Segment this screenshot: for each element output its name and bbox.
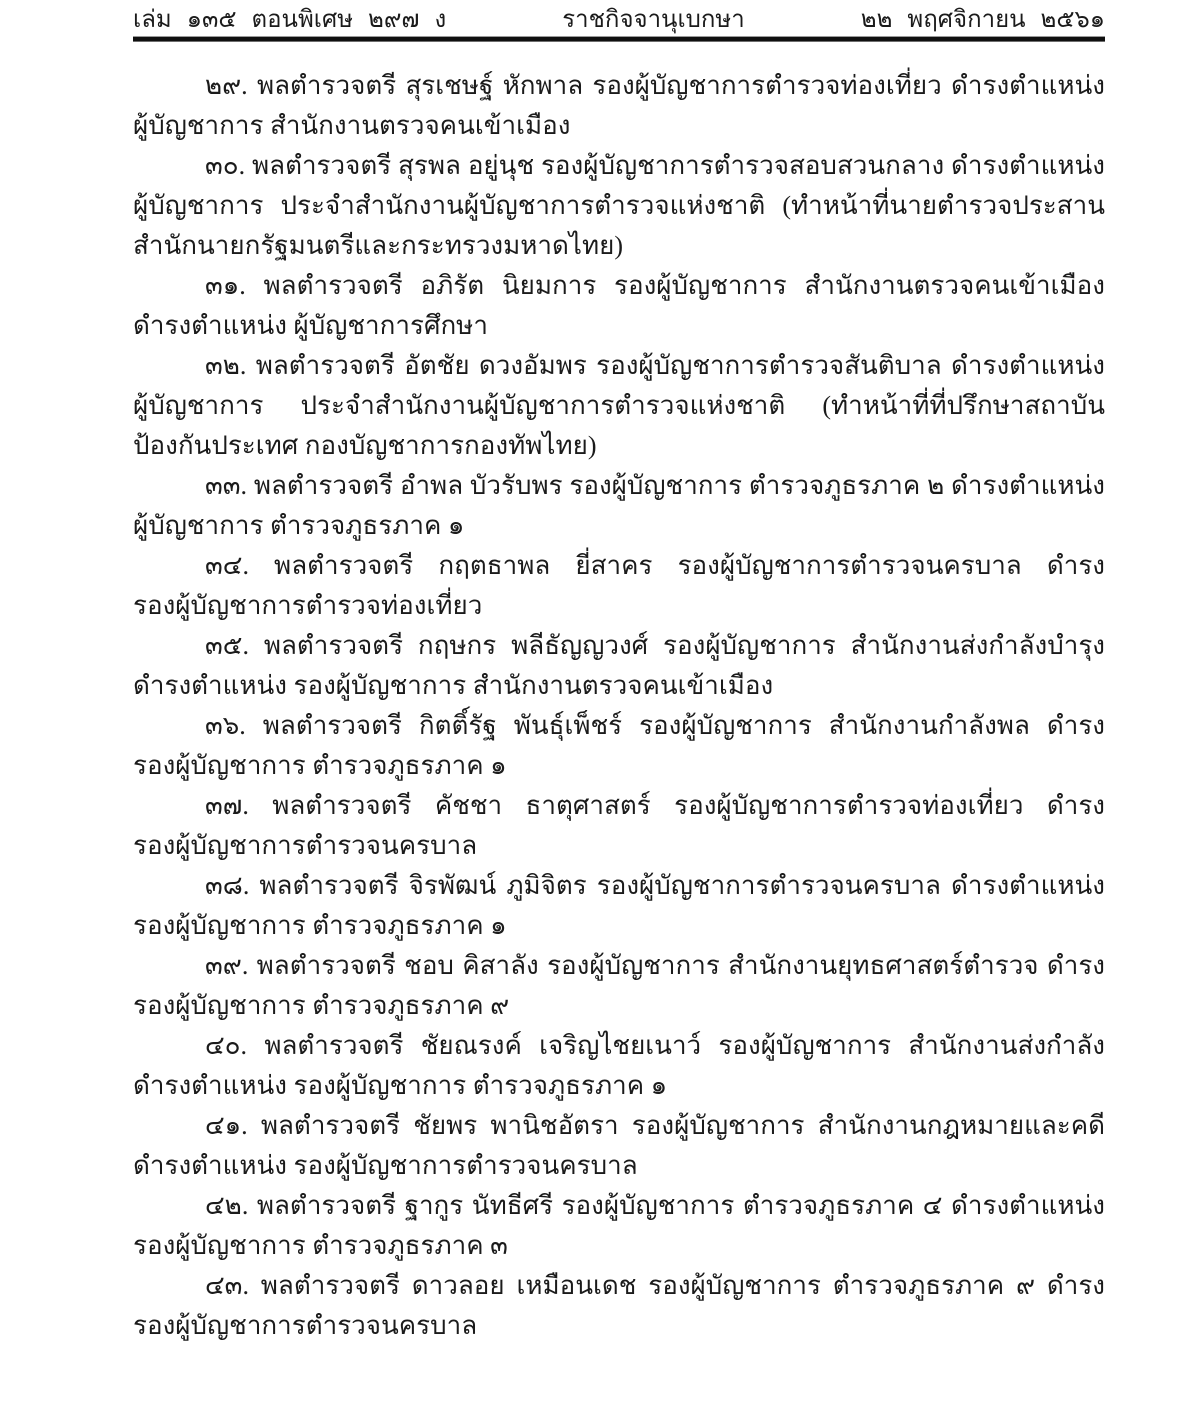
text-line: ๔๐. พลตำรวจตรี ชัยณรงค์ เจริญไชยเนาว์ รอ… bbox=[133, 1026, 1105, 1066]
text-line: ๓๔. พลตำรวจตรี กฤตธาพล ยี่สาคร รองผู้บัญ… bbox=[133, 546, 1105, 586]
masthead: เล่ม ๑๓๕ ตอนพิเศษ ๒๙๗ ง ราชกิจจานุเบกษา … bbox=[133, 6, 1105, 34]
text-line: ผู้บัญชาการ สำนักงานตรวจคนเข้าเมือง bbox=[133, 106, 1105, 146]
text-line: ดำรงตำแหน่ง ผู้บัญชาการศึกษา bbox=[133, 306, 1105, 346]
gazette-item: ๔๓. พลตำรวจตรี ดาวลอย เหมือนเดช รองผู้บั… bbox=[133, 1266, 1105, 1346]
text-line: ๔๒. พลตำรวจตรี ฐากูร นัทธีศรี รองผู้บัญช… bbox=[133, 1186, 1105, 1226]
text-line: ๓๑. พลตำรวจตรี อภิรัต นิยมการ รองผู้บัญช… bbox=[133, 266, 1105, 306]
text-line: ดำรงตำแหน่ง รองผู้บัญชาการตำรวจนครบาล bbox=[133, 1146, 1105, 1186]
text-line: ๔๑. พลตำรวจตรี ชัยพร พานิชอัตรา รองผู้บั… bbox=[133, 1106, 1105, 1146]
gazette-title: ราชกิจจานุเบกษา bbox=[446, 6, 861, 34]
masthead-divider bbox=[133, 36, 1105, 42]
gazette-page: เล่ม ๑๓๕ ตอนพิเศษ ๒๙๗ ง ราชกิจจานุเบกษา … bbox=[0, 0, 1200, 1412]
text-line: รองผู้บัญชาการ ตำรวจภูธรภาค ๓ bbox=[133, 1226, 1105, 1266]
text-line: รองผู้บัญชาการตำรวจนครบาล bbox=[133, 826, 1105, 866]
text-line: ป้องกันประเทศ กองบัญชาการกองทัพไทย) bbox=[133, 426, 1105, 466]
text-line: ๓๕. พลตำรวจตรี กฤษกร พลีธัญญวงศ์ รองผู้บ… bbox=[133, 626, 1105, 666]
text-line: ๓๗. พลตำรวจตรี คัชชา ธาตุศาสตร์ รองผู้บั… bbox=[133, 786, 1105, 826]
gazette-item: ๓๔. พลตำรวจตรี กฤตธาพล ยี่สาคร รองผู้บัญ… bbox=[133, 546, 1105, 626]
text-line: ผู้บัญชาการ ตำรวจภูธรภาค ๑ bbox=[133, 506, 1105, 546]
gazette-item: ๓๙. พลตำรวจตรี ชอบ คิสาลัง รองผู้บัญชากา… bbox=[133, 946, 1105, 1026]
text-line: รองผู้บัญชาการ ตำรวจภูธรภาค ๑ bbox=[133, 746, 1105, 786]
text-line: ๓๐. พลตำรวจตรี สุรพล อยู่นุช รองผู้บัญชา… bbox=[133, 146, 1105, 186]
issue-info: เล่ม ๑๓๕ ตอนพิเศษ ๒๙๗ ง bbox=[133, 6, 446, 34]
text-line: ผู้บัญชาการ ประจำสำนักงานผู้บัญชาการตำรว… bbox=[133, 186, 1105, 226]
gazette-item: ๓๕. พลตำรวจตรี กฤษกร พลีธัญญวงศ์ รองผู้บ… bbox=[133, 626, 1105, 706]
text-line: ๒๙. พลตำรวจตรี สุรเชษฐ์ หักพาล รองผู้บัญ… bbox=[133, 66, 1105, 106]
text-line: ดำรงตำแหน่ง รองผู้บัญชาการ ตำรวจภูธรภาค … bbox=[133, 1066, 1105, 1106]
gazette-item: ๔๒. พลตำรวจตรี ฐากูร นัทธีศรี รองผู้บัญช… bbox=[133, 1186, 1105, 1266]
text-line: สำนักนายกรัฐมนตรีและกระทรวงมหาดไทย) bbox=[133, 226, 1105, 266]
text-line: รองผู้บัญชาการตำรวจนครบาล bbox=[133, 1306, 1105, 1346]
gazette-item: ๓๓. พลตำรวจตรี อำพล บัวรับพร รองผู้บัญชา… bbox=[133, 466, 1105, 546]
text-line: รองผู้บัญชาการ ตำรวจภูธรภาค ๑ bbox=[133, 906, 1105, 946]
gazette-item: ๔๑. พลตำรวจตรี ชัยพร พานิชอัตรา รองผู้บั… bbox=[133, 1106, 1105, 1186]
text-line: ๓๘. พลตำรวจตรี จิรพัฒน์ ภูมิจิตร รองผู้บ… bbox=[133, 866, 1105, 906]
text-line: ดำรงตำแหน่ง รองผู้บัญชาการ สำนักงานตรวจค… bbox=[133, 666, 1105, 706]
text-line: ๓๖. พลตำรวจตรี กิตติ์รัฐ พันธุ์เพ็ชร์ รอ… bbox=[133, 706, 1105, 746]
gazette-body: ๒๙. พลตำรวจตรี สุรเชษฐ์ หักพาล รองผู้บัญ… bbox=[133, 66, 1105, 1346]
gazette-item: ๓๖. พลตำรวจตรี กิตติ์รัฐ พันธุ์เพ็ชร์ รอ… bbox=[133, 706, 1105, 786]
gazette-item: ๓๐. พลตำรวจตรี สุรพล อยู่นุช รองผู้บัญชา… bbox=[133, 146, 1105, 266]
gazette-item: ๒๙. พลตำรวจตรี สุรเชษฐ์ หักพาล รองผู้บัญ… bbox=[133, 66, 1105, 146]
gazette-item: ๓๗. พลตำรวจตรี คัชชา ธาตุศาสตร์ รองผู้บั… bbox=[133, 786, 1105, 866]
gazette-item: ๓๑. พลตำรวจตรี อภิรัต นิยมการ รองผู้บัญช… bbox=[133, 266, 1105, 346]
gazette-item: ๔๐. พลตำรวจตรี ชัยณรงค์ เจริญไชยเนาว์ รอ… bbox=[133, 1026, 1105, 1106]
text-line: รองผู้บัญชาการตำรวจท่องเที่ยว bbox=[133, 586, 1105, 626]
text-line: ๔๓. พลตำรวจตรี ดาวลอย เหมือนเดช รองผู้บั… bbox=[133, 1266, 1105, 1306]
gazette-item: ๓๘. พลตำรวจตรี จิรพัฒน์ ภูมิจิตร รองผู้บ… bbox=[133, 866, 1105, 946]
gazette-item: ๓๒. พลตำรวจตรี อัตชัย ดวงอัมพร รองผู้บัญ… bbox=[133, 346, 1105, 466]
text-line: ๓๒. พลตำรวจตรี อัตชัย ดวงอัมพร รองผู้บัญ… bbox=[133, 346, 1105, 386]
issue-date: ๒๒ พฤศจิกายน ๒๕๖๑ bbox=[861, 6, 1105, 34]
text-line: ๓๓. พลตำรวจตรี อำพล บัวรับพร รองผู้บัญชา… bbox=[133, 466, 1105, 506]
text-line: รองผู้บัญชาการ ตำรวจภูธรภาค ๙ bbox=[133, 986, 1105, 1026]
text-line: ผู้บัญชาการ ประจำสำนักงานผู้บัญชาการตำรว… bbox=[133, 386, 1105, 426]
text-line: ๓๙. พลตำรวจตรี ชอบ คิสาลัง รองผู้บัญชากา… bbox=[133, 946, 1105, 986]
